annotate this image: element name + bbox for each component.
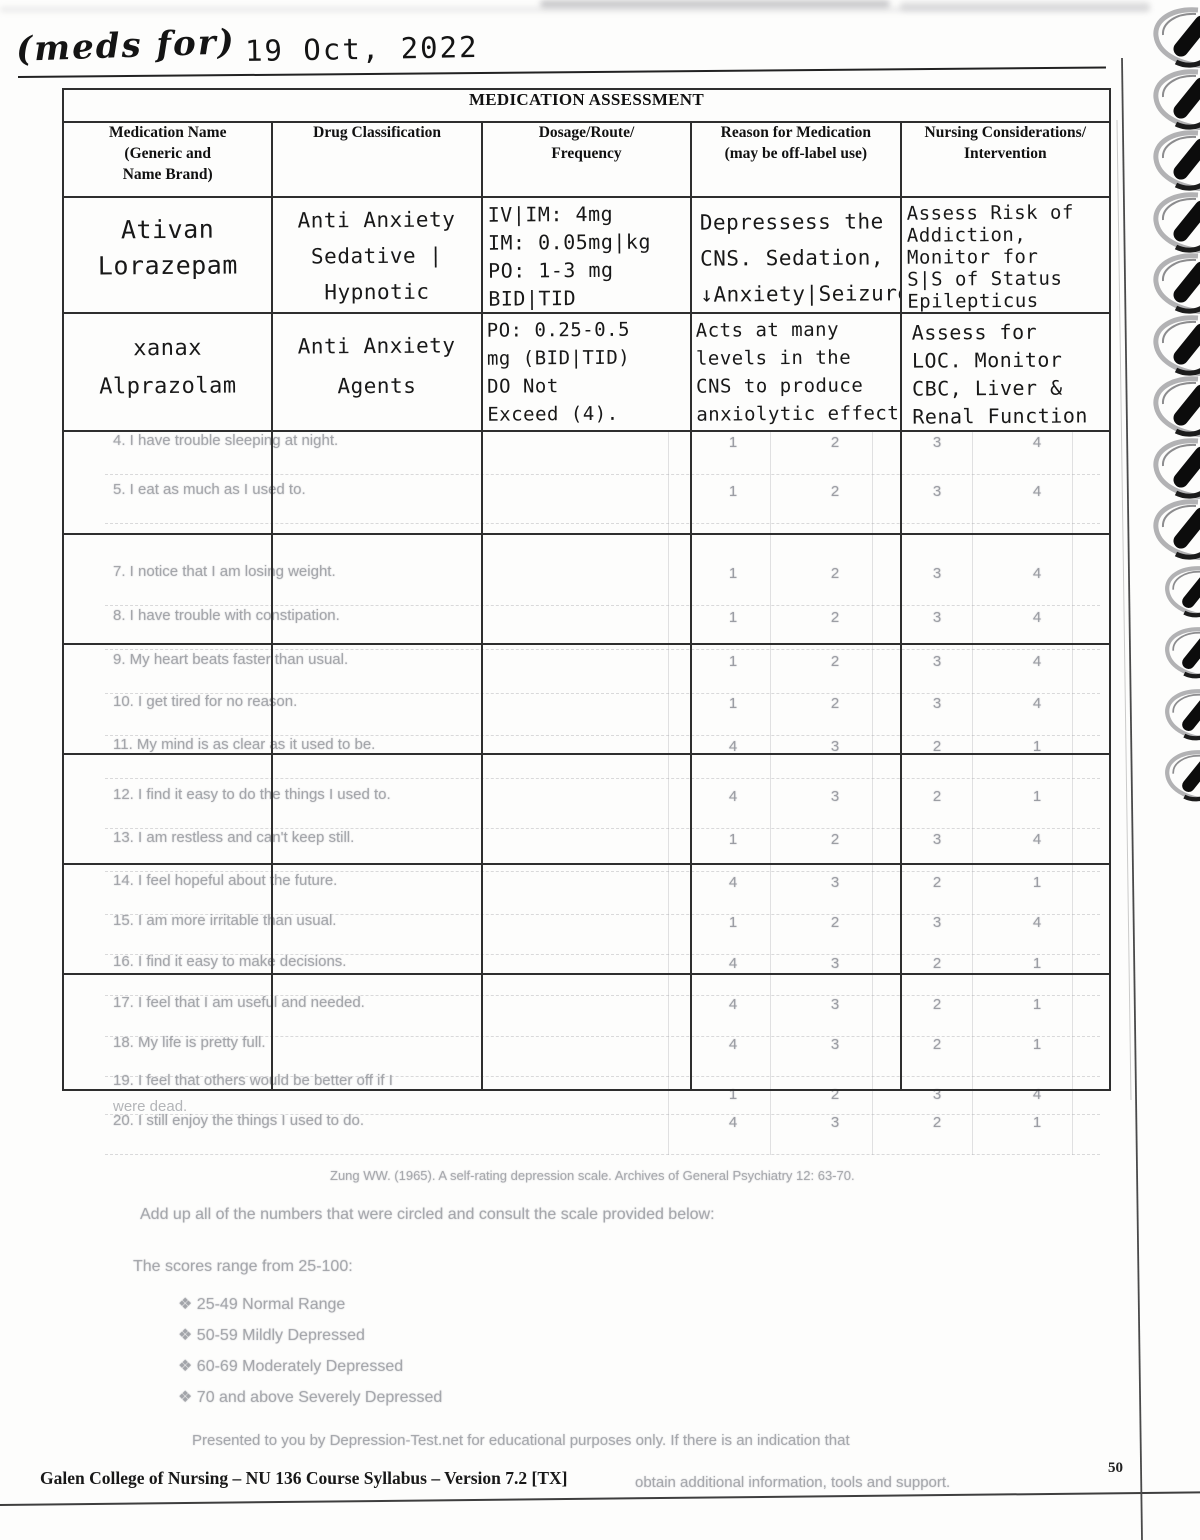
page-bottom-edge bbox=[0, 1491, 1200, 1506]
handwritten-line: Monitor for bbox=[907, 245, 1110, 268]
handwritten-line: Lorazepam bbox=[64, 247, 272, 284]
handwritten-underline bbox=[18, 67, 1106, 78]
column-header-line: Intervention bbox=[902, 144, 1109, 165]
empty-cell bbox=[482, 534, 691, 644]
handwritten-line: Anti Anxiety bbox=[273, 201, 481, 238]
empty-row bbox=[63, 644, 1110, 754]
binding-coil-icon bbox=[1159, 626, 1200, 683]
empty-cell bbox=[482, 754, 691, 864]
footer-text: Galen College of Nursing – NU 136 Course… bbox=[40, 1468, 567, 1489]
empty-cell bbox=[63, 754, 272, 864]
empty-cell bbox=[63, 431, 272, 534]
handwritten-line: ↓Anxiety|Seizure bbox=[700, 275, 900, 312]
column-header: Reason for Medication(may be off-label u… bbox=[691, 122, 900, 197]
empty-cell bbox=[63, 864, 272, 974]
bleed-disclaimer: Presented to you by Depression-Test.net … bbox=[192, 1432, 850, 1449]
binding-coil-icon bbox=[1146, 68, 1200, 135]
medication-cell: Anti AnxietySedative |Hypnotic bbox=[272, 197, 481, 313]
empty-row bbox=[63, 431, 1110, 534]
column-header-line: Medication Name bbox=[64, 123, 271, 144]
empty-cell bbox=[901, 864, 1110, 974]
binding-coil-icon bbox=[1146, 129, 1200, 196]
empty-cell bbox=[901, 974, 1110, 1090]
handwritten-line: PO: 1-3 mg bbox=[488, 255, 691, 284]
handwritten-line: CNS. Sedation, bbox=[700, 239, 900, 276]
medication-cell: Assess Risk ofAddiction,Monitor forS|S o… bbox=[901, 197, 1110, 313]
empty-cell bbox=[272, 864, 481, 974]
column-header-line: (Generic and bbox=[64, 144, 271, 165]
empty-cell bbox=[691, 534, 900, 644]
medication-cell: Assess forLOC. MonitorCBC, Liver &Renal … bbox=[901, 313, 1110, 431]
binding-coil-icon bbox=[1159, 688, 1200, 745]
scan-smudge bbox=[900, 2, 1150, 11]
medication-row: AtivanLorazepamAnti AnxietySedative |Hyp… bbox=[63, 197, 1110, 313]
handwritten-line: Epilepticus bbox=[907, 289, 1110, 312]
handwritten-line: mg (BID|TID) bbox=[487, 343, 691, 372]
bleed-range-line: The scores range from 25-100: bbox=[133, 1258, 353, 1276]
bleed-scale-item: ❖ 50-59 Mildly Depressed bbox=[178, 1325, 365, 1345]
medication-cell: AtivanLorazepam bbox=[63, 197, 272, 313]
handwritten-line: Assess Risk of bbox=[906, 201, 1109, 224]
handwritten-line: CBC, Liver & bbox=[912, 373, 1110, 402]
handwritten-line: LOC. Monitor bbox=[911, 345, 1109, 374]
binding-coil-icon bbox=[1146, 191, 1200, 258]
medication-cell: xanaxAlprazolam bbox=[63, 313, 272, 431]
bleed-score-number: 1 bbox=[1022, 1114, 1052, 1131]
empty-cell bbox=[272, 754, 481, 864]
column-header: Medication Name(Generic andName Brand) bbox=[63, 122, 272, 197]
handwritten-line: Depressess the bbox=[700, 203, 900, 240]
bleed-score-number: 3 bbox=[820, 1114, 850, 1131]
empty-cell bbox=[63, 974, 272, 1090]
empty-cell bbox=[63, 644, 272, 754]
handwritten-line: Addiction, bbox=[906, 223, 1109, 246]
medication-row: xanaxAlprazolamAnti AnxietyAgentsPO: 0.2… bbox=[63, 313, 1110, 431]
empty-cell bbox=[482, 864, 691, 974]
binding-coil-icon bbox=[1146, 498, 1200, 565]
handwritten-line: DO Not bbox=[487, 371, 691, 400]
binding-coil-icon bbox=[1146, 6, 1200, 73]
empty-cell bbox=[482, 431, 691, 534]
handwritten-line: Assess for bbox=[911, 317, 1109, 346]
column-header-line: Drug Classification bbox=[273, 123, 480, 144]
column-header-line: Frequency bbox=[483, 144, 690, 165]
empty-cell bbox=[691, 974, 900, 1090]
handwritten-line: Ativan bbox=[64, 211, 272, 248]
column-header: Nursing Considerations/Intervention bbox=[901, 122, 1110, 197]
empty-cell bbox=[482, 974, 691, 1090]
handwritten-line: S|S of Status bbox=[907, 267, 1110, 290]
handwritten-line: Agents bbox=[273, 365, 481, 406]
empty-cell bbox=[691, 644, 900, 754]
empty-row bbox=[63, 534, 1110, 644]
handwritten-line: PO: 0.25-0.5 bbox=[486, 315, 690, 344]
handwritten-line: IM: 0.05mg|kg bbox=[488, 227, 691, 256]
bleed-scale-item: ❖ 70 and above Severely Depressed bbox=[178, 1387, 442, 1407]
empty-row bbox=[63, 974, 1110, 1090]
empty-cell bbox=[272, 974, 481, 1090]
bleed-disclaimer-2: obtain additional information, tools and… bbox=[635, 1474, 950, 1491]
empty-cell bbox=[272, 644, 481, 754]
bleed-question-text: 20. I still enjoy the things I used to d… bbox=[113, 1112, 364, 1129]
handwritten-line: Anti Anxiety bbox=[273, 325, 481, 366]
handwritten-line: Exceed (4). bbox=[487, 399, 691, 428]
binding-coil-icon bbox=[1146, 437, 1200, 504]
binding-coil-icon bbox=[1146, 252, 1200, 319]
column-header-line: Name Brand) bbox=[64, 165, 271, 186]
bleed-citation: Zung WW. (1965). A self-rating depressio… bbox=[330, 1168, 855, 1183]
medication-cell: Acts at manylevels in theCNS to producea… bbox=[691, 313, 900, 431]
column-header-line: Dosage/Route/ bbox=[483, 123, 690, 144]
handwritten-line: xanax bbox=[64, 329, 272, 368]
column-header: Drug Classification bbox=[272, 122, 481, 197]
bleed-score-number: 4 bbox=[718, 1114, 748, 1131]
empty-row bbox=[63, 864, 1110, 974]
binding-coil-icon bbox=[1146, 375, 1200, 442]
medication-cell: Anti AnxietyAgents bbox=[272, 313, 481, 431]
medication-cell: PO: 0.25-0.5mg (BID|TID)DO NotExceed (4)… bbox=[482, 313, 691, 431]
handwritten-line: anxiolytic effect bbox=[696, 399, 900, 428]
scanned-worksheet-page: { "page": { "note_prefix": "(meds for)",… bbox=[0, 0, 1200, 1540]
empty-cell bbox=[691, 754, 900, 864]
column-header-line: (may be off-label use) bbox=[692, 144, 899, 165]
empty-cell bbox=[901, 431, 1110, 534]
binding-coil-icon bbox=[1159, 749, 1200, 806]
page-number: 50 bbox=[1108, 1460, 1123, 1477]
table-title: MEDICATION ASSESSMENT bbox=[63, 89, 1110, 122]
empty-cell bbox=[272, 534, 481, 644]
empty-cell bbox=[482, 644, 691, 754]
empty-row bbox=[63, 754, 1110, 864]
handwritten-line: BID|TID bbox=[488, 283, 691, 312]
handwritten-line: CNS to produce bbox=[696, 371, 900, 400]
handwritten-note-prefix: (meds for) bbox=[15, 22, 236, 70]
column-header: Dosage/Route/Frequency bbox=[482, 122, 691, 197]
handwritten-line: Hypnotic bbox=[274, 273, 482, 310]
medication-cell: Depressess theCNS. Sedation,↓Anxiety|Sei… bbox=[691, 197, 900, 313]
binding-coil-icon bbox=[1159, 565, 1200, 622]
bleed-instructions: Add up all of the numbers that were circ… bbox=[140, 1206, 715, 1224]
empty-cell bbox=[691, 431, 900, 534]
empty-cell bbox=[901, 754, 1110, 864]
handwritten-line: Sedative | bbox=[273, 237, 481, 274]
empty-cell bbox=[691, 864, 900, 974]
empty-cell bbox=[901, 644, 1110, 754]
bleed-scale-item: ❖ 60-69 Moderately Depressed bbox=[178, 1356, 403, 1376]
medication-assessment-table: MEDICATION ASSESSMENTMedication Name(Gen… bbox=[62, 88, 1111, 1091]
handwritten-note-date: 19 Oct, 2022 bbox=[245, 30, 479, 68]
binding-coil-icon bbox=[1146, 314, 1200, 381]
handwritten-line: Acts at many bbox=[696, 315, 900, 344]
handwritten-line: Renal Function bbox=[912, 401, 1110, 430]
bleed-question-row: 20. I still enjoy the things I used to d… bbox=[105, 1112, 1100, 1155]
column-header-line: Reason for Medication bbox=[692, 123, 899, 144]
bleed-scale-item: ❖ 25-49 Normal Range bbox=[178, 1294, 345, 1314]
bleed-score-number: 2 bbox=[922, 1114, 952, 1131]
handwritten-line: Alprazolam bbox=[64, 367, 272, 406]
empty-cell bbox=[901, 534, 1110, 644]
handwritten-line: IV|IM: 4mg bbox=[487, 199, 690, 228]
medication-cell: IV|IM: 4mgIM: 0.05mg|kgPO: 1-3 mgBID|TID bbox=[482, 197, 691, 313]
handwritten-line: levels in the bbox=[696, 343, 900, 372]
empty-cell bbox=[272, 431, 481, 534]
empty-cell bbox=[63, 534, 272, 644]
column-header-line: Nursing Considerations/ bbox=[902, 123, 1109, 144]
